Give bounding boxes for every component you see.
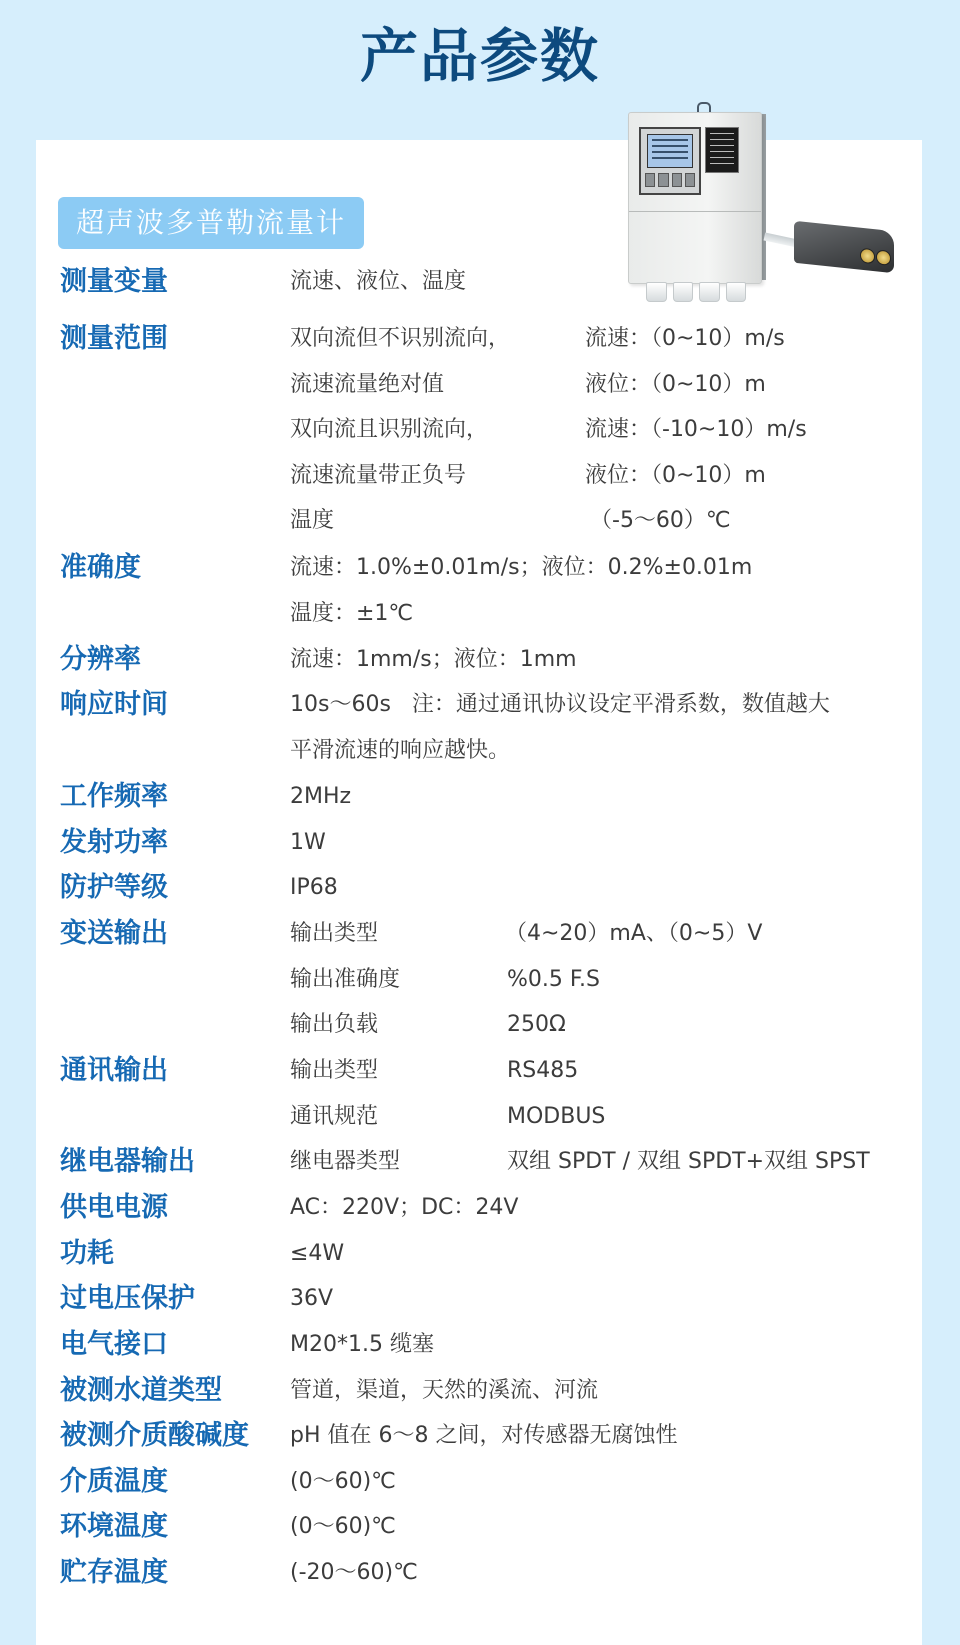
spec-value-ambient-temp: (0～60)℃ (290, 1505, 396, 1549)
spec-label-measuring-range: 测量范围 (60, 317, 168, 361)
spec-label-accuracy: 准确度 (60, 546, 141, 590)
flowmeter-device-image (626, 98, 896, 304)
spec-label-ambient-temp: 环境温度 (60, 1505, 168, 1549)
spec-label-protection: 防护等级 (60, 866, 168, 910)
spec-value-channel-type: 管道，渠道，天然的溪流、河流 (290, 1369, 598, 1413)
spec-value-accuracy: 流速：1.0%±0.01m/s；液位：0.2%±0.01m (290, 546, 752, 590)
range-desc: 温度 (290, 499, 334, 543)
spec-value-power-consumption: ≤4W (290, 1232, 344, 1276)
spec-value-resolution: 流速：1mm/s；液位：1mm (290, 638, 577, 682)
spec-label-transmit-power: 发射功率 (60, 821, 168, 865)
spec-label-medium-temp: 介质温度 (60, 1460, 168, 1504)
cable-glands (646, 282, 746, 302)
spec-label-resolution: 分辨率 (60, 638, 141, 682)
housing-seam (629, 211, 761, 212)
relay-key: 继电器类型 (290, 1140, 400, 1184)
transducer-icon (876, 249, 891, 266)
spec-value-storage-temp: (-20～60)℃ (290, 1551, 418, 1595)
lcd-screen (647, 134, 693, 168)
range-value: 流速：（0~10）m/s (585, 317, 785, 361)
spec-label-comm-output: 通讯输出 (60, 1049, 168, 1093)
range-value: 液位：（0~10）m (585, 454, 766, 498)
spec-value-electrical-interface: M20*1.5 缆塞 (290, 1323, 434, 1367)
spec-label-channel-type: 被测水道类型 (60, 1369, 222, 1413)
range-desc: 双向流且识别流向， (290, 408, 488, 452)
spec-value-medium-ph: pH 值在 6～8 之间，对传感器无腐蚀性 (290, 1414, 677, 1458)
comm-key: 通讯规范 (290, 1095, 378, 1139)
range-value: 液位：（0~10）m (585, 363, 766, 407)
spec-label-overvoltage: 过电压保护 (60, 1277, 195, 1321)
spec-value-overvoltage: 36V (290, 1277, 333, 1321)
product-name-badge: 超声波多普勒流量计 (58, 197, 364, 249)
spec-label-measured-variables: 测量变量 (60, 260, 168, 304)
output-value: （4~20）mA、（0~5）V (505, 912, 762, 956)
output-value: 250Ω (507, 1003, 566, 1047)
spec-value-working-frequency: 2MHz (290, 775, 351, 819)
spec-label-relay-output: 继电器输出 (60, 1140, 195, 1184)
spec-label-power-consumption: 功耗 (60, 1232, 114, 1276)
output-key: 输出准确度 (290, 958, 400, 1002)
spec-value-power-supply: AC：220V；DC：24V (290, 1186, 518, 1230)
output-key: 输出负载 (290, 1003, 378, 1047)
keypad (645, 173, 695, 187)
comm-key: 输出类型 (290, 1049, 378, 1093)
page-title: 产品参数 (0, 14, 960, 98)
range-desc: 双向流但不识别流向， (290, 317, 510, 361)
transmitter-housing (628, 112, 762, 284)
output-value: %0.5 F.S (507, 958, 600, 1002)
spec-label-power-supply: 供电电源 (60, 1186, 168, 1230)
range-desc: 流速流量带正负号 (290, 454, 466, 498)
spec-value-response-note: 平滑流速的响应越快。 (290, 729, 510, 773)
range-value: 流速：（-10~10）m/s (585, 408, 807, 452)
range-value: （-5～60）℃ (590, 499, 731, 543)
lcd-panel (639, 127, 701, 195)
spec-label-transmitter-output: 变送输出 (60, 912, 168, 956)
range-desc: 流速流量绝对值 (290, 363, 444, 407)
spec-label-response-time: 响应时间 (60, 683, 168, 727)
spec-label-medium-ph: 被测介质酸碱度 (60, 1414, 249, 1458)
doppler-sensor-probe (794, 221, 894, 274)
transducer-icon (860, 248, 875, 265)
nameplate (705, 127, 739, 173)
relay-value: 双组 SPDT / 双组 SPDT+双组 SPST (507, 1140, 870, 1184)
output-key: 输出类型 (290, 912, 378, 956)
spec-value-measured-variables: 流速、液位、温度 (290, 260, 466, 304)
spec-value-response-time: 10s～60s 注：通过通讯协议设定平滑系数，数值越大 (290, 683, 830, 727)
spec-value-medium-temp: (0～60)℃ (290, 1460, 396, 1504)
spec-value-protection: IP68 (290, 866, 338, 910)
spec-label-electrical-interface: 电气接口 (60, 1323, 168, 1367)
spec-value-transmit-power: 1W (290, 821, 326, 865)
spec-label-working-frequency: 工作频率 (60, 775, 168, 819)
spec-label-storage-temp: 贮存温度 (60, 1551, 168, 1595)
spec-value-accuracy-temp: 温度：±1℃ (290, 592, 413, 636)
comm-value: RS485 (507, 1049, 578, 1093)
comm-value: MODBUS (507, 1095, 605, 1139)
